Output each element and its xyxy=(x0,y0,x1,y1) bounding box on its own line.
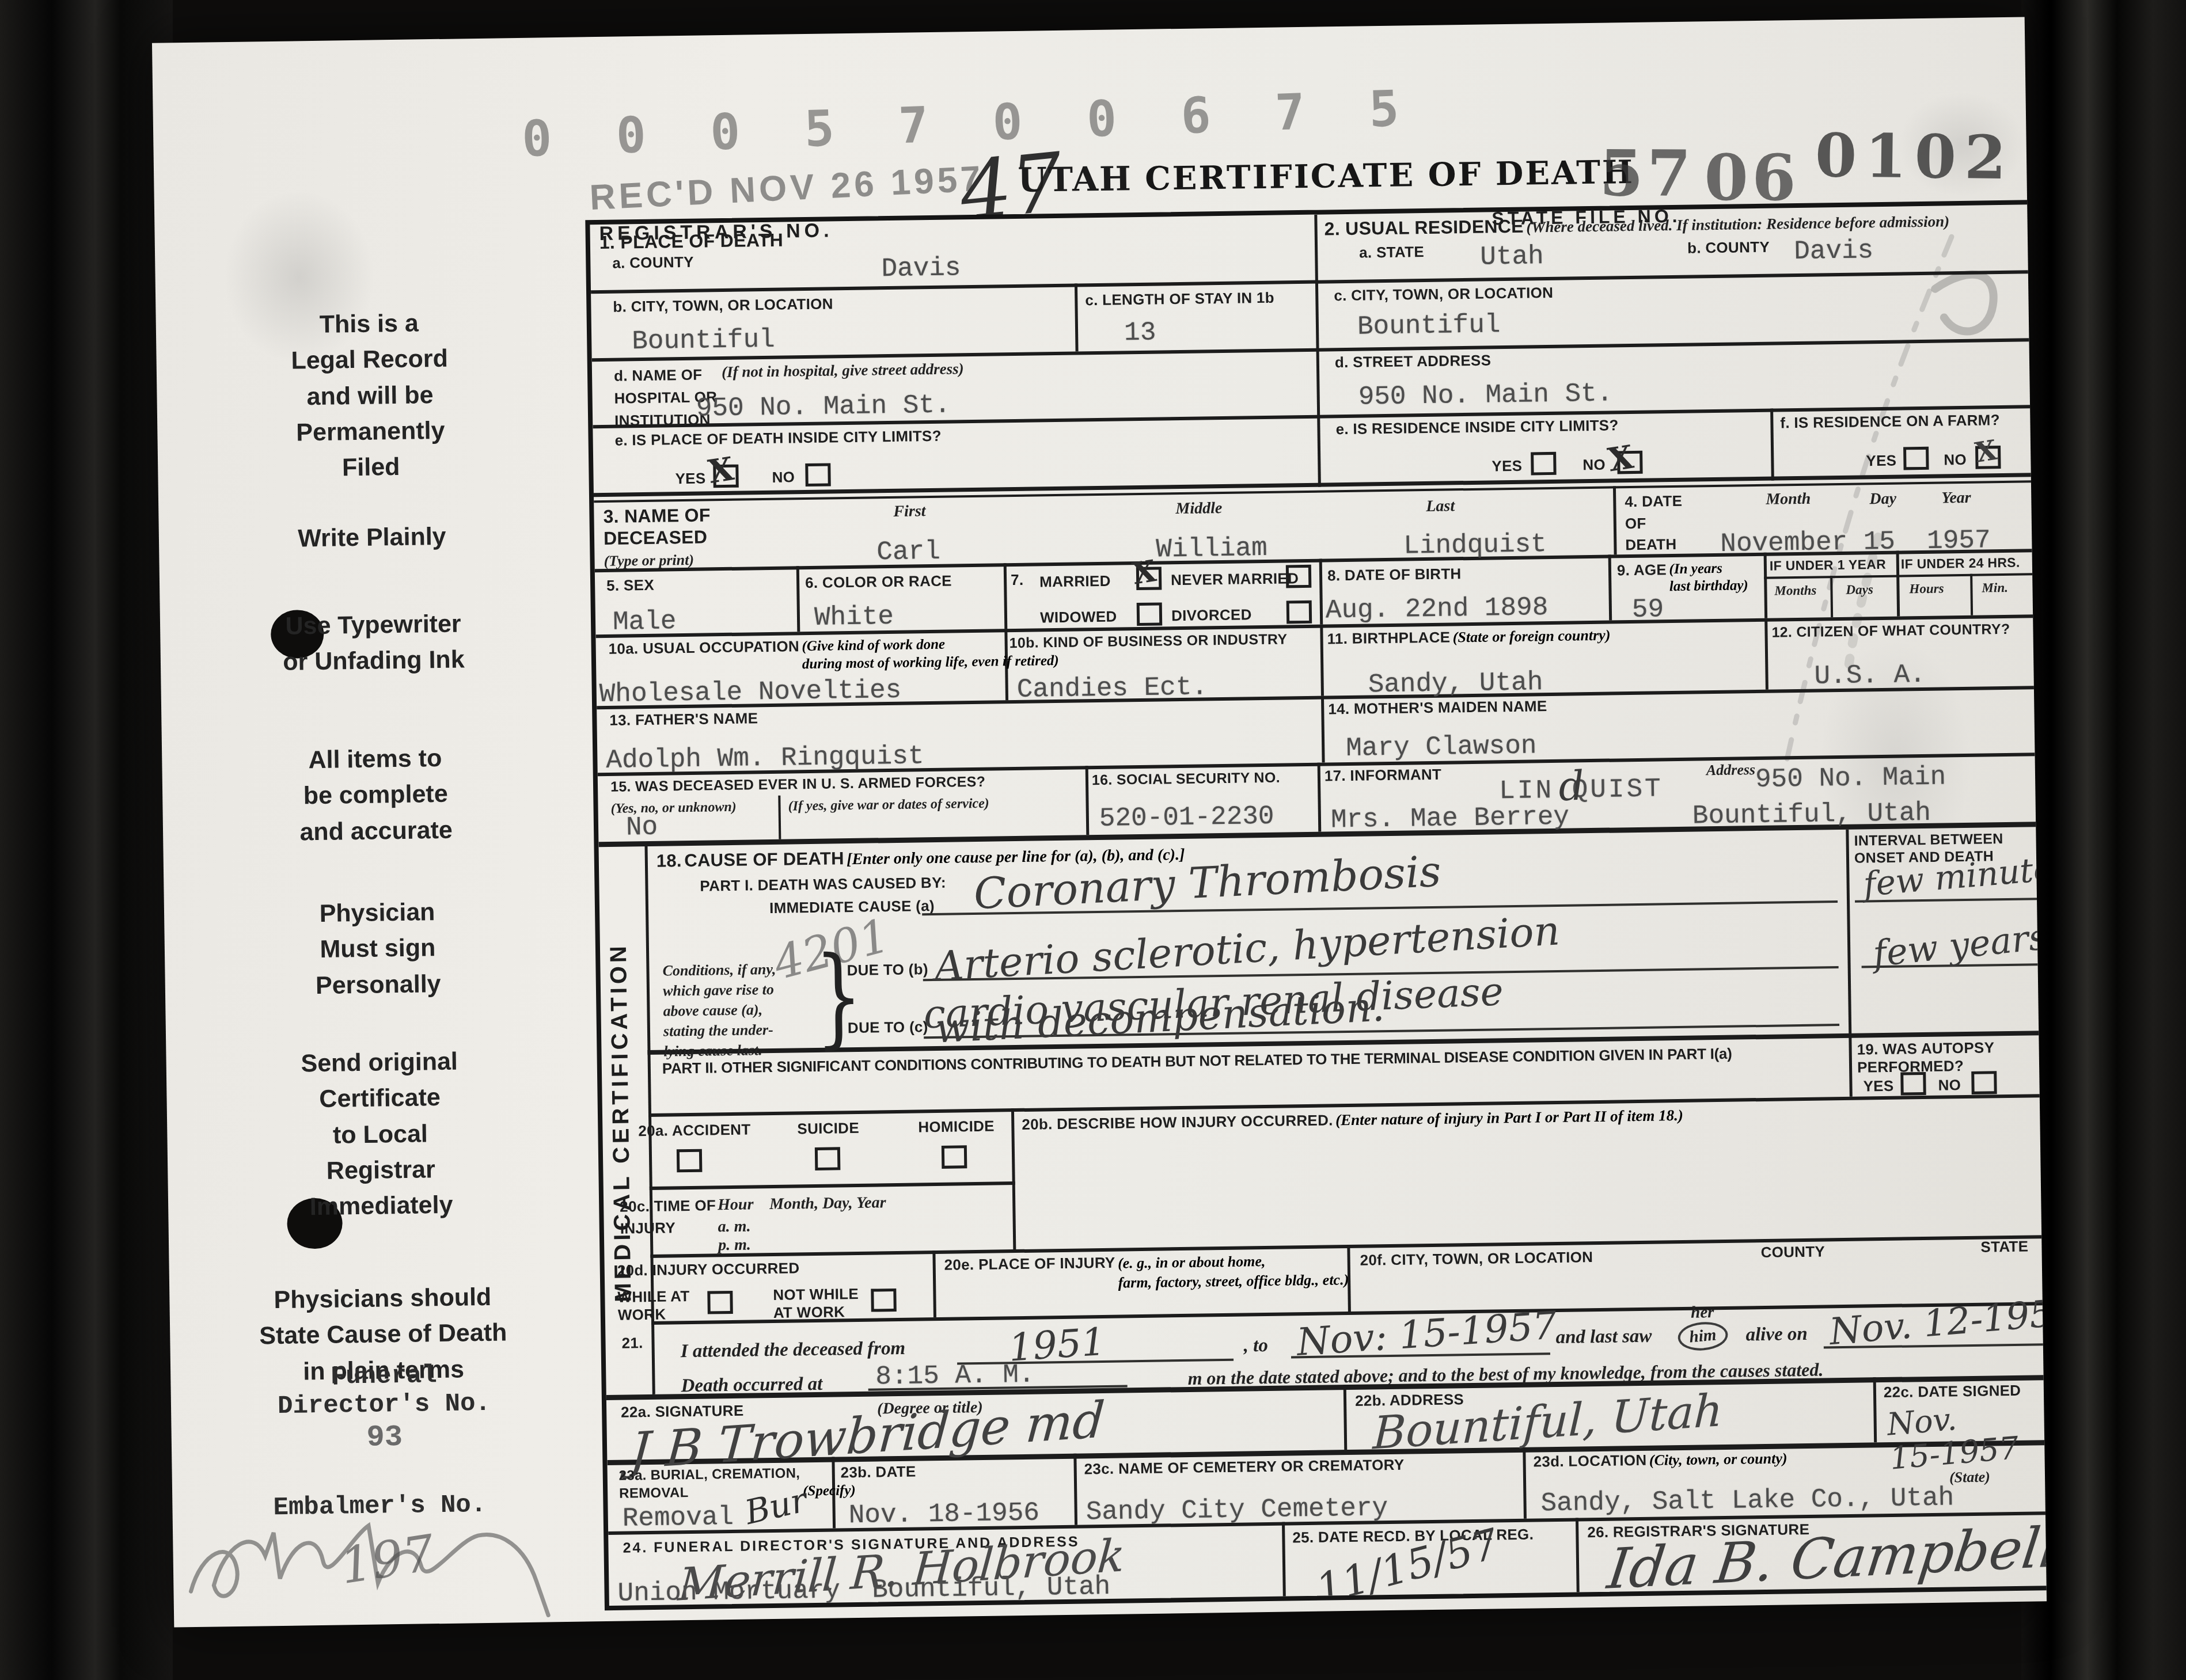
while-at-work-label: WHILE AT WORK xyxy=(617,1287,690,1324)
cause-label: CAUSE OF DEATH xyxy=(684,848,844,871)
death-limits-yes-mark: X xyxy=(706,453,736,488)
first-name-value: Carl xyxy=(876,537,940,568)
usual-residence-title: 2. USUAL RESIDENCE xyxy=(1324,216,1524,240)
time-of-injury-label: 20c. TIME OF INJURY xyxy=(620,1195,716,1240)
title-state: UTAH xyxy=(1018,159,1132,200)
page-title: UTAH CERTIFICATE OF DEATH xyxy=(1018,153,1594,200)
margin-note-all-items: All items to be complete and accurate xyxy=(179,739,572,852)
farm-label: f. IS RESIDENCE ON A FARM? xyxy=(1780,411,2000,432)
county-value: Davis xyxy=(881,253,961,284)
age-hint: (In years last birthday) xyxy=(1669,560,1748,595)
day-header: Day xyxy=(1869,489,1896,510)
burial-label-group: 23a. BURIAL, CREMATION, REMOVAL (Specify… xyxy=(619,1464,856,1503)
age-label-group: 9. AGE (In years last birthday) xyxy=(1617,560,1748,596)
conditions-note: Conditions, if any, which gave rise to a… xyxy=(662,959,777,1062)
never-married-label: NEVER MARRIED xyxy=(1171,569,1299,589)
color-race-label: 6. COLOR OR RACE xyxy=(805,572,952,592)
citizen-label: 12. CITIZEN OF WHAT COUNTRY? xyxy=(1771,621,2010,641)
informant-address-value1: 950 No. Main xyxy=(1755,762,1946,795)
attended-text-1: I attended the deceased from xyxy=(680,1336,905,1364)
occupation-label-group: 10a. USUAL OCCUPATION (Give kind of work… xyxy=(609,634,1059,676)
immediate-cause-label: IMMEDIATE CAUSE (a) xyxy=(769,897,935,917)
state-file-stamp-0102: 0102 xyxy=(1815,120,2014,193)
margin-note-physician-sign: Physician Must sign Personally xyxy=(181,892,575,1006)
months-header: Months xyxy=(1774,582,1816,600)
binding-left-edge xyxy=(0,0,173,1680)
conditions-brace: } xyxy=(814,933,864,1061)
injury-occurred-label: 20d. INJURY OCCURRED xyxy=(617,1259,800,1280)
burial-specify-hint: (Specify) xyxy=(803,1483,856,1499)
autopsy-yes-label: YES xyxy=(1863,1077,1893,1096)
attended-text-2: , to xyxy=(1243,1333,1268,1358)
hours-header: Hours xyxy=(1909,580,1944,598)
informant-address-label: Address xyxy=(1706,760,1756,780)
usual-residence-hint: (Where deceased lived. If institution: R… xyxy=(1526,212,1949,235)
autopsy-no-checkbox xyxy=(1971,1071,1997,1094)
death-limits-no-label: NO xyxy=(772,468,795,486)
sex-value: Male xyxy=(613,606,677,637)
birthplace-label: 11. BIRTHPLACE xyxy=(1327,628,1450,647)
cause-number: 18. xyxy=(656,850,682,871)
occupation-label: 10a. USUAL OCCUPATION xyxy=(609,637,800,657)
pm-label: p. m. xyxy=(718,1235,751,1256)
informant-address-value2: Bountiful, Utah xyxy=(1692,798,1931,831)
residence-limits-yes-checkbox xyxy=(1531,452,1557,476)
location-value: Sandy, Salt Lake Co., Utah xyxy=(1540,1483,1954,1518)
injury-city-label: 20f. CITY, TOWN, OR LOCATION xyxy=(1360,1248,1593,1269)
residence-county-label: b. COUNTY xyxy=(1687,238,1770,257)
last-name-value: Lindquist xyxy=(1403,529,1547,561)
autopsy-yes-checkbox xyxy=(1900,1072,1926,1096)
attended-text-3: and last saw xyxy=(1555,1324,1652,1350)
armed-forces-label: 15. WAS DECEASED EVER IN U. S. ARMED FOR… xyxy=(610,773,986,796)
describe-injury-hint: (Enter nature of injury in Part I or Par… xyxy=(1335,1107,1683,1128)
middle-name-header: Middle xyxy=(1175,498,1222,520)
birthplace-label-group: 11. BIRTHPLACE (State or foreign country… xyxy=(1327,626,1610,648)
due-to-c-label: DUE TO (c) xyxy=(848,1018,928,1037)
days-header: Days xyxy=(1846,581,1873,599)
month-header: Month xyxy=(1766,489,1811,510)
month-day-year-header: Month, Day, Year xyxy=(769,1192,886,1215)
residence-county-value: Davis xyxy=(1794,235,1874,267)
min-header: Min. xyxy=(1982,579,2008,597)
accident-label: 20a. ACCIDENT xyxy=(638,1121,751,1141)
describe-injury-label: 20b. DESCRIBE HOW INJURY OCCURRED. xyxy=(1022,1111,1333,1133)
name-type-hint: (Type or print) xyxy=(604,550,694,571)
armed-forces-value: No xyxy=(626,812,658,843)
date-of-birth-label: 8. DATE OF BIRTH xyxy=(1327,565,1462,584)
marital-number: 7. xyxy=(1011,571,1024,589)
autopsy-no-label: NO xyxy=(1938,1076,1961,1094)
part1-label: PART I. DEATH WAS CAUSED BY: xyxy=(700,874,946,895)
ssn-label: 16. SOCIAL SECURITY NO. xyxy=(1092,769,1280,789)
farm-no-mark: X xyxy=(1974,436,1999,467)
date-of-death-value: November 15 1957 xyxy=(1720,525,1991,559)
suicide-checkbox xyxy=(815,1147,841,1170)
birthplace-value: Sandy, Utah xyxy=(1368,667,1543,700)
suicide-label: SUICIDE xyxy=(797,1119,859,1138)
first-name-header: First xyxy=(893,501,926,522)
funeral-directors-no-value: 93 xyxy=(217,1418,552,1457)
never-married-checkbox xyxy=(1286,565,1312,588)
location-hint: (City, town, or county) xyxy=(1649,1450,1787,1468)
married-label: MARRIED xyxy=(1039,572,1111,591)
birthplace-hint: (State or foreign country) xyxy=(1453,627,1611,646)
divorced-label: DIVORCED xyxy=(1171,606,1252,625)
title-main: CERTIFICATE OF DEATH xyxy=(1145,153,1635,198)
divorced-checkbox xyxy=(1286,600,1312,624)
widowed-label: WIDOWED xyxy=(1040,608,1117,627)
death-occurred-label: Death occurred at xyxy=(681,1372,822,1398)
injury-state-header: STATE xyxy=(1980,1238,2028,1256)
fathers-name-value: Adolph Wm. Ringquist xyxy=(606,741,924,776)
him-word-circled: him xyxy=(1677,1320,1729,1352)
death-limits-yes-label: YES xyxy=(675,469,705,488)
certificate-form: 1. PLACE OF DEATH a. COUNTY Davis 2. USU… xyxy=(585,200,2047,1610)
last-name-header: Last xyxy=(1426,496,1455,517)
not-while-at-work-checkbox xyxy=(871,1288,897,1312)
citizen-value: U.S. A. xyxy=(1814,660,1926,691)
attended-text-4: alive on xyxy=(1745,1322,1808,1347)
residence-city-label: c. CITY, TOWN, OR LOCATION xyxy=(1334,284,1553,305)
city-label: b. CITY, TOWN, OR LOCATION xyxy=(613,295,833,316)
burial-date-label: 23b. DATE xyxy=(841,1463,916,1482)
her-word: her xyxy=(1678,1303,1728,1322)
place-of-death-label: 1. PLACE OF DEATH xyxy=(599,229,784,254)
residence-city-limits-label: e. IS RESIDENCE INSIDE CITY LIMITS? xyxy=(1335,416,1618,438)
informant-label: 17. INFORMANT xyxy=(1324,766,1442,785)
armed-forces-hint2: (If yes, give war or dates of service) xyxy=(788,795,989,816)
mothers-name-value: Mary Clawson xyxy=(1346,731,1537,763)
homicide-label: HOMICIDE xyxy=(918,1118,995,1137)
margin-note-legal-record: This is a Legal Record and will be Perma… xyxy=(173,303,567,488)
injury-county-header: COUNTY xyxy=(1760,1242,1825,1261)
death-city-limits-label: e. IS PLACE OF DEATH INSIDE CITY LIMITS? xyxy=(614,427,942,450)
location-state-hint: (State) xyxy=(1949,1468,1990,1488)
margin-note-write-plainly: Write Plainly xyxy=(176,517,568,558)
residence-limits-no-label: NO xyxy=(1582,456,1606,474)
married-mark: X xyxy=(1130,556,1158,590)
length-of-stay-value: 13 xyxy=(1124,318,1156,348)
due-to-b-label: DUE TO (b) xyxy=(847,960,928,979)
binding-right-edge xyxy=(2021,0,2186,1680)
while-at-work-checkbox xyxy=(707,1291,733,1314)
street-address-value: 950 No. Main St. xyxy=(1358,378,1612,412)
hospital-hint: (If not in hospital, give street address… xyxy=(722,359,964,382)
describe-injury-group: 20b. DESCRIBE HOW INJURY OCCURRED. (Ente… xyxy=(1022,1107,1683,1134)
death-time-value: 8:15 A. M. xyxy=(875,1360,1035,1392)
name-of-deceased-label: 3. NAME OF DECEASED xyxy=(603,504,711,549)
year-header: Year xyxy=(1941,488,1971,509)
hospital-value: 950 No. Main St. xyxy=(696,390,951,424)
widowed-checkbox xyxy=(1137,602,1163,626)
scanned-death-certificate-page: { "header": { "serial_stamp": "0 0 0 5 7… xyxy=(0,0,2186,1680)
city-value: Bountiful xyxy=(632,325,775,356)
hour-header: Hour xyxy=(718,1194,754,1215)
informant-name-value: Mrs. Mae Berrey xyxy=(1331,802,1570,835)
farm-yes-label: YES xyxy=(1866,452,1896,470)
margin-note-use-typewriter: Use Typewriter or Unfading Ink xyxy=(177,605,570,682)
if-under-1-year-label: IF UNDER 1 YEAR xyxy=(1770,557,1887,574)
accident-checkbox xyxy=(677,1149,703,1173)
length-of-stay-label: c. LENGTH OF STAY IN 1b xyxy=(1085,289,1274,310)
residence-limits-yes-label: YES xyxy=(1492,457,1522,476)
not-while-at-work-label: NOT WHILE AT WORK xyxy=(773,1285,859,1322)
death-limits-no-checkbox xyxy=(805,463,831,486)
residence-city-value: Bountiful xyxy=(1357,310,1501,341)
place-of-injury-group: 20e. PLACE OF INJURY (e. g., in or about… xyxy=(944,1251,1349,1295)
farm-yes-checkbox xyxy=(1903,447,1929,470)
her-him-choice: her him xyxy=(1678,1303,1728,1351)
burial-date-value: Nov. 18-1956 xyxy=(848,1498,1039,1531)
age-label: 9. AGE xyxy=(1617,561,1667,579)
place-of-injury-label: 20e. PLACE OF INJURY xyxy=(944,1254,1115,1274)
funeral-director-address: Union Mortuary Bountiful, Utah xyxy=(617,1572,1110,1609)
age-value: 59 xyxy=(1632,594,1664,625)
location-label: 23d. LOCATION xyxy=(1533,1451,1646,1470)
date-of-death-label: 4. DATE OF DEATH xyxy=(1625,491,1683,556)
location-label-group: 23d. LOCATION (City, town, or county) xyxy=(1533,1449,1787,1470)
street-address-label: d. STREET ADDRESS xyxy=(1335,351,1492,371)
homicide-checkbox xyxy=(942,1145,967,1169)
attended-number: 21. xyxy=(621,1334,643,1352)
residence-limits-no-mark: X xyxy=(1606,436,1662,476)
occupation-value: Wholesale Novelties xyxy=(599,675,901,709)
state-file-stamp-57: 57 xyxy=(1599,136,1695,211)
place-of-injury-hint: (e. g., in or about home, farm, factory,… xyxy=(1118,1251,1349,1293)
interval-b-value: few years xyxy=(1871,915,2047,975)
cemetery-value: Sandy City Cemetery xyxy=(1086,1493,1388,1527)
mothers-name-label: 14. MOTHER'S MAIDEN NAME xyxy=(1328,697,1547,718)
business-label: 10b. KIND OF BUSINESS OR INDUSTRY xyxy=(1009,630,1287,652)
funeral-directors-no-label: Funeral Director's No. xyxy=(217,1359,551,1421)
margin-note-send-original: Send original Certificate to Local Regis… xyxy=(183,1042,577,1227)
sex-label: 5. SEX xyxy=(606,576,654,595)
fathers-name-label: 13. FATHER'S NAME xyxy=(609,709,758,729)
color-race-value: White xyxy=(814,602,894,633)
burial-value: Removal xyxy=(622,1502,734,1534)
county-label: a. COUNTY xyxy=(612,253,694,272)
state-value: Utah xyxy=(1480,241,1544,272)
middle-name-value: William xyxy=(1156,533,1267,565)
ssn-value: 520-01-2230 xyxy=(1099,801,1274,834)
farm-no-label: NO xyxy=(1944,451,1967,469)
cemetery-label: 23c. NAME OF CEMETERY OR CREMATORY xyxy=(1084,1456,1404,1478)
business-value: Candies Ect. xyxy=(1016,672,1208,705)
if-under-24-hrs-label: IF UNDER 24 HRS. xyxy=(1901,555,2020,572)
state-label: a. STATE xyxy=(1359,243,1424,262)
certificate-paper: 0 0 0 5 7 0 0 6 7 5 REC'D NOV 26 1957 RE… xyxy=(152,17,2047,1627)
death-occurred-text: m on the date stated above; and to the b… xyxy=(1187,1358,1823,1391)
date-of-birth-value: Aug. 22nd 1898 xyxy=(1326,592,1549,625)
date-signed-value: Nov. 15-1957 xyxy=(1885,1397,2020,1476)
